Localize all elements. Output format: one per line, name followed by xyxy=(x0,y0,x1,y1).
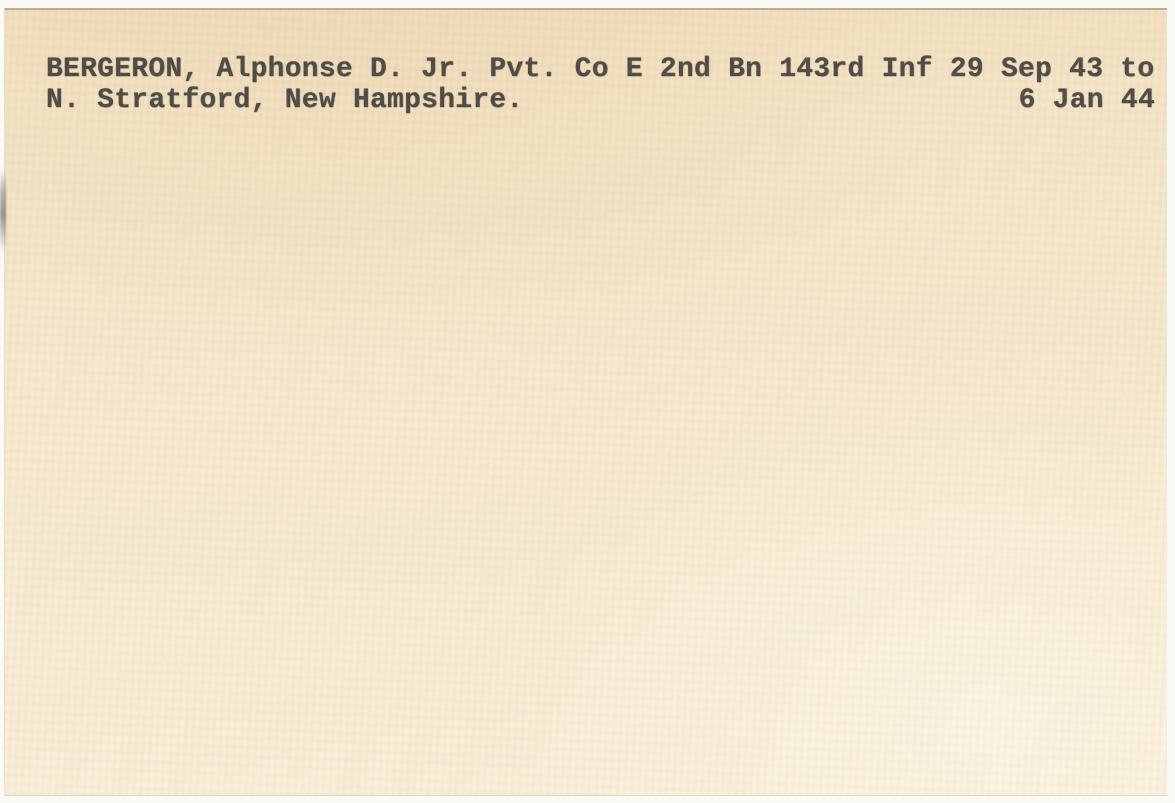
scanner-background: BERGERON, Alphonse D. Jr. Pvt. Co E 2nd … xyxy=(0,0,1175,803)
service-record-line1: BERGERON, Alphonse D. Jr. Pvt. Co E 2nd … xyxy=(46,54,1155,85)
index-card: BERGERON, Alphonse D. Jr. Pvt. Co E 2nd … xyxy=(4,8,1167,796)
service-record-line2: N. Stratford, New Hampshire. 6 Jan 44 xyxy=(46,85,1155,116)
hometown-text: N. Stratford, New Hampshire. xyxy=(46,85,523,116)
typed-text-block: BERGERON, Alphonse D. Jr. Pvt. Co E 2nd … xyxy=(46,54,1155,116)
service-record-line1-text: BERGERON, Alphonse D. Jr. Pvt. Co E 2nd … xyxy=(46,54,1154,85)
edge-smudge-mark xyxy=(0,168,6,254)
end-date-text: 6 Jan 44 xyxy=(1019,85,1155,116)
